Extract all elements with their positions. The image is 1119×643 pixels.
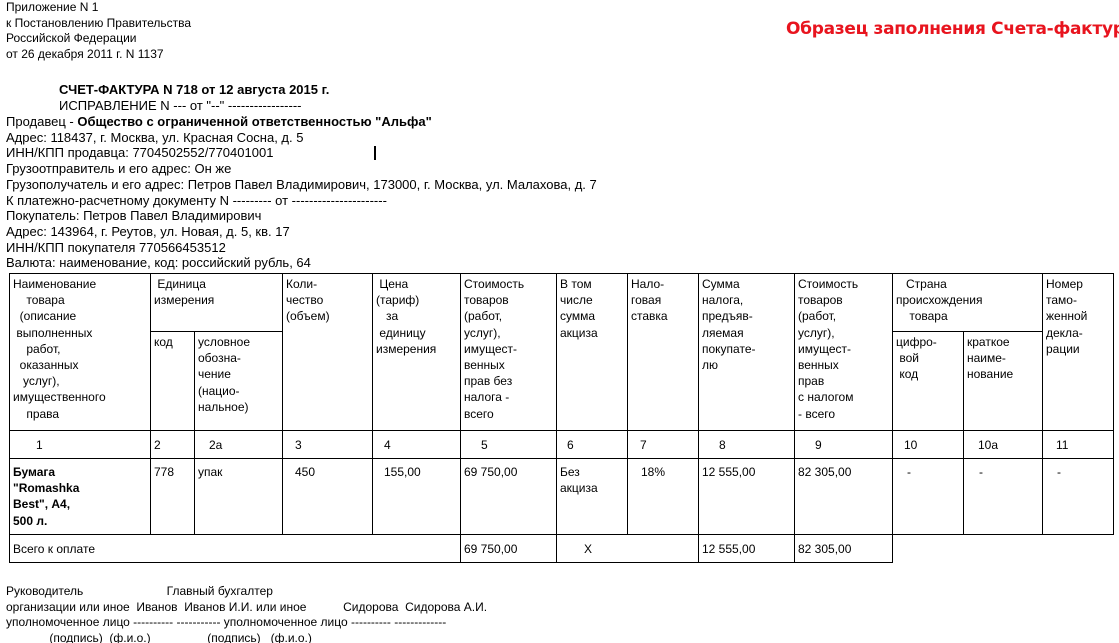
item-name: Бумага "Romashka Best", А4, 500 л. <box>10 459 151 535</box>
payment-document: К платежно-расчетному документу N ------… <box>6 193 597 209</box>
buyer: Покупатель: Петров Павел Владимирович <box>6 208 597 224</box>
appendix-line: от 26 декабря 2011 г. N 1137 <box>6 47 191 63</box>
total-excise-mark: X <box>557 535 699 563</box>
seller-line: Продавец - Общество с ограниченной ответ… <box>6 114 597 130</box>
total-tax-sum: 12 555,00 <box>699 535 795 563</box>
column-number: 3 <box>283 431 373 459</box>
column-number: 7 <box>628 431 699 459</box>
buyer-address: Адрес: 143964, г. Реутов, ул. Новая, д. … <box>6 224 597 240</box>
column-number: 2а <box>195 431 283 459</box>
empty-cell <box>893 535 1114 563</box>
header-customs: Номер тамо- женной декла- рации <box>1043 274 1114 431</box>
invoice-details: Продавец - Общество с ограниченной ответ… <box>6 114 597 271</box>
item-unit-code: 778 <box>151 459 195 535</box>
sample-title: Образец заполнения Счета-фактуры <box>786 19 1119 39</box>
item-cost-with-tax: 82 305,00 <box>795 459 893 535</box>
column-number: 10 <box>893 431 964 459</box>
header-country-code: цифро- вой код <box>893 332 964 431</box>
total-row: Всего к оплате 69 750,00 X 12 555,00 82 … <box>10 535 1114 563</box>
column-number: 2 <box>151 431 195 459</box>
item-qty: 450 <box>283 459 373 535</box>
header-price: Цена (тариф) за единицу измерения <box>373 274 461 431</box>
item-price: 155,00 <box>373 459 461 535</box>
header-row: Наименование товара (описание выполненны… <box>10 274 1114 332</box>
header-name: Наименование товара (описание выполненны… <box>10 274 151 431</box>
column-number: 9 <box>795 431 893 459</box>
header-country: Страна происхождения товара <box>893 274 1043 332</box>
item-unit-name: упак <box>195 459 283 535</box>
text-cursor <box>374 146 376 160</box>
header-cost-no-tax: Стоимость товаров (работ, услуг), имущес… <box>461 274 557 431</box>
item-country-code: - <box>893 459 964 535</box>
column-numbers-row: 1 2 2а 3 4 5 6 7 8 9 10 10а 11 <box>10 431 1114 459</box>
header-unit-name: условное обозна- чение (нацио- нальное) <box>195 332 283 431</box>
table-row: Бумага "Romashka Best", А4, 500 л. 778 у… <box>10 459 1114 535</box>
appendix-header: Приложение N 1 к Постановлению Правитель… <box>6 0 191 62</box>
column-number: 6 <box>557 431 628 459</box>
header-country-name: краткое наиме- нование <box>964 332 1043 431</box>
signatures-block: Руководитель Главный бухгалтер организац… <box>6 584 487 643</box>
invoice-table: Наименование товара (описание выполненны… <box>9 273 1114 563</box>
header-cost-with-tax: Стоимость товаров (работ, услуг), имущес… <box>795 274 893 431</box>
seller-name: Общество с ограниченной ответственностью… <box>77 114 431 129</box>
column-number: 1 <box>10 431 151 459</box>
header-excise: В том числе сумма акциза <box>557 274 628 431</box>
consignee: Грузополучатель и его адрес: Петров Паве… <box>6 177 597 193</box>
appendix-line: Российской Федерации <box>6 31 191 47</box>
buyer-inn: ИНН/КПП покупателя 770566453512 <box>6 240 597 256</box>
item-tax-sum: 12 555,00 <box>699 459 795 535</box>
total-cost-with-tax: 82 305,00 <box>795 535 893 563</box>
column-number: 5 <box>461 431 557 459</box>
appendix-line: к Постановлению Правительства <box>6 16 191 32</box>
item-country-name: - <box>964 459 1043 535</box>
invoice-title: СЧЕТ-ФАКТУРА N 718 от 12 августа 2015 г. <box>59 82 329 97</box>
shipper: Грузоотправитель и его адрес: Он же <box>6 161 597 177</box>
header-tax-rate: Нало- говая ставка <box>628 274 699 431</box>
header-unit: Единица измерения <box>151 274 283 332</box>
item-customs: - <box>1043 459 1114 535</box>
column-number: 11 <box>1043 431 1114 459</box>
currency: Валюта: наименование, код: российский ру… <box>6 255 597 271</box>
invoice-correction: ИСПРАВЛЕНИЕ N --- от "--" --------------… <box>59 98 302 113</box>
seller-inn: ИНН/КПП продавца: 7704502552/770401001 <box>6 145 597 161</box>
item-cost-no-tax: 69 750,00 <box>461 459 557 535</box>
header-unit-code: код <box>151 332 195 431</box>
column-number: 8 <box>699 431 795 459</box>
total-label: Всего к оплате <box>10 535 461 563</box>
column-number: 4 <box>373 431 461 459</box>
item-tax-rate: 18% <box>628 459 699 535</box>
header-qty: Коли- чество (объем) <box>283 274 373 431</box>
total-cost-no-tax: 69 750,00 <box>461 535 557 563</box>
seller-address: Адрес: 118437, г. Москва, ул. Красная Со… <box>6 130 597 146</box>
appendix-line: Приложение N 1 <box>6 0 191 16</box>
seller-label: Продавец - <box>6 114 77 129</box>
column-number: 10а <box>964 431 1043 459</box>
header-tax-sum: Сумма налога, предъяв- ляемая покупате- … <box>699 274 795 431</box>
item-excise: Без акциза <box>557 459 628 535</box>
